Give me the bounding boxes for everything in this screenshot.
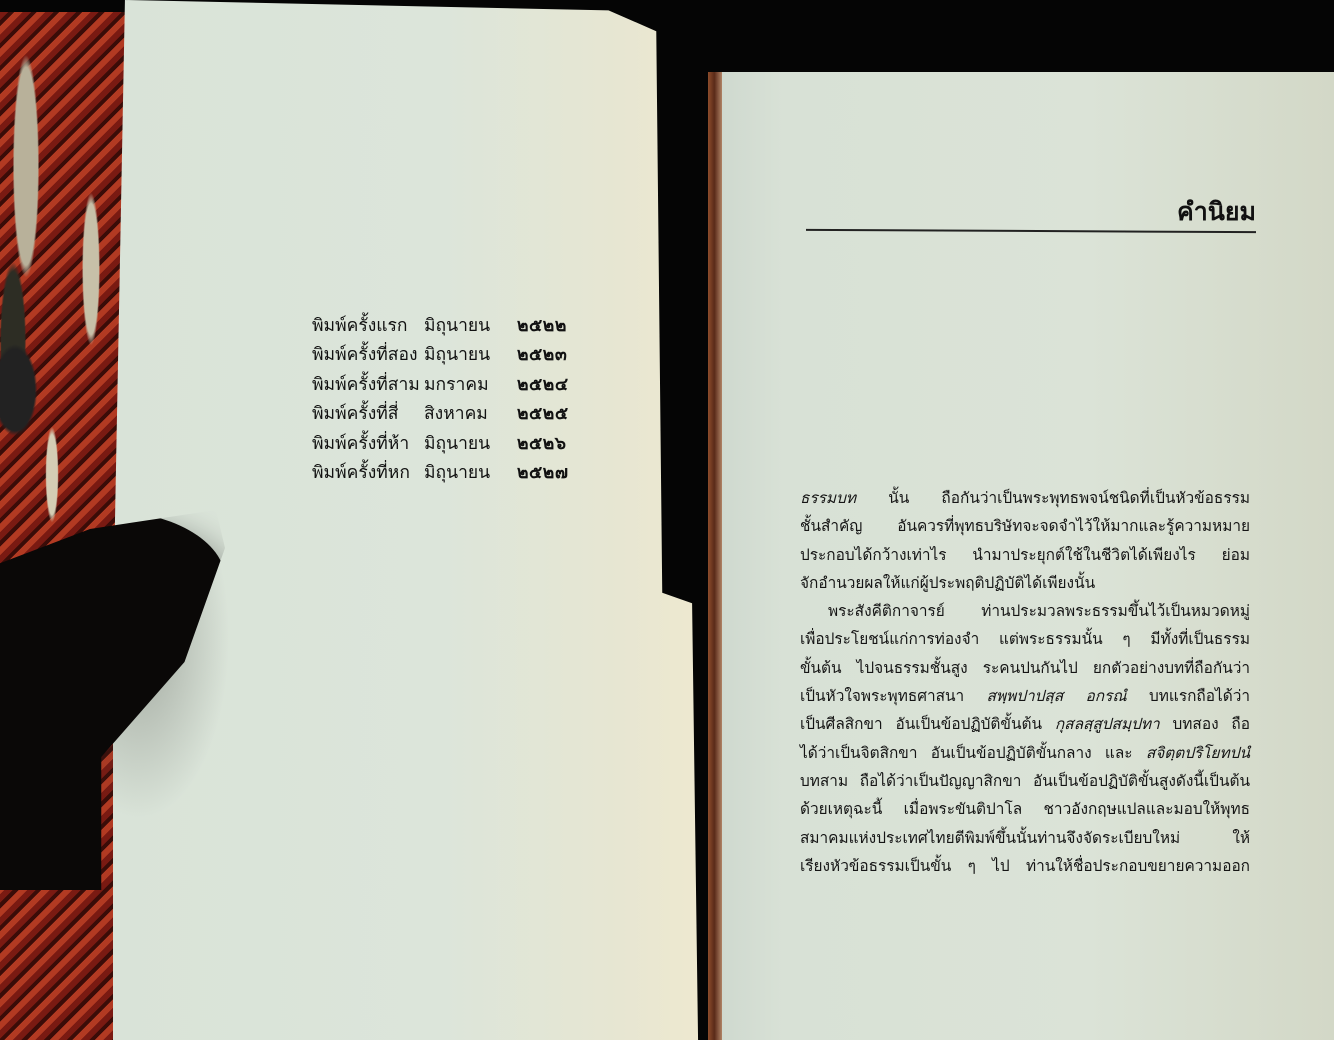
edition-year: ๒๕๒๕ xyxy=(517,399,569,427)
edition-year: ๒๕๒๗ xyxy=(517,458,568,486)
text-line: ประกอบได้กว้างเท่าไร นำมาประยุกต์ใช้ในชี… xyxy=(800,541,1250,569)
pali-term: สพฺพปาปสฺส อกรณํ xyxy=(987,687,1127,705)
pali-term: กุสลสฺสูปสมฺปทา xyxy=(1055,715,1160,733)
text-line: ด้วยเหตุฉะนี้ เมื่อพระขันติปาโล ชาวอังกฤ… xyxy=(800,795,1250,823)
edition-label: พิมพ์ครั้งที่ห้า xyxy=(312,429,424,457)
line-text: บทแรกถือได้ว่า xyxy=(1127,687,1250,705)
edition-month: มกราคม xyxy=(424,370,517,398)
text-line: พระสังคีติกาจารย์ ท่านประมวลพระธรรมขึ้นไ… xyxy=(800,597,1250,625)
edition-month: มิถุนายน xyxy=(424,311,517,339)
edition-label: พิมพ์ครั้งที่สี่ xyxy=(312,399,424,427)
line-text: บทสอง ถือ xyxy=(1160,715,1250,733)
printing-row: พิมพ์ครั้งที่สี่ สิงหาคม ๒๕๒๕ xyxy=(312,399,569,429)
italic-term: ธรรมบท xyxy=(800,489,856,507)
line-text: เป็นหัวใจพระพุทธศาสนา xyxy=(800,687,987,705)
edition-year: ๒๕๒๓ xyxy=(517,340,567,368)
text-line: เป็นศีลสิกขา อันเป็นข้อปฏิบัติขั้นต้น กุ… xyxy=(800,710,1250,738)
edition-label: พิมพ์ครั้งที่หก xyxy=(312,458,424,486)
text-line: ได้ว่าเป็นจิตสิกขา อันเป็นข้อปฏิบัติขั้น… xyxy=(800,739,1250,767)
left-page xyxy=(113,0,710,1040)
mural-figure xyxy=(0,342,50,462)
text-line: สมาคมแห่งประเทศไทยตีพิมพ์ขึ้นนั้นท่านจึง… xyxy=(800,824,1250,852)
edition-year: ๒๕๒๔ xyxy=(517,370,569,398)
printing-row: พิมพ์ครั้งที่ห้า มิถุนายน ๒๕๒๖ xyxy=(312,428,569,458)
line-text: ได้ว่าเป็นจิตสิกขา อันเป็นข้อปฏิบัติขั้น… xyxy=(800,744,1146,762)
printing-row: พิมพ์ครั้งที่สอง มิถุนายน ๒๕๒๓ xyxy=(312,340,569,370)
text-line: บทสาม ถือได้ว่าเป็นปัญญาสิกขา อันเป็นข้อ… xyxy=(800,767,1250,795)
text-line: ขั้นต้น ไปจนธรรมชั้นสูง ระคนปนกันไป ยกตั… xyxy=(800,654,1250,682)
printing-row: พิมพ์ครั้งที่หก มิถุนายน ๒๕๒๗ xyxy=(312,458,569,488)
edition-month: มิถุนายน xyxy=(424,429,517,457)
foreword-body: ธรรมบท นั้น ถือกันว่าเป็นพระพุทธพจน์ชนิด… xyxy=(800,484,1250,880)
edition-label: พิมพ์ครั้งที่สาม xyxy=(312,370,424,398)
line-text: เป็นศีลสิกขา อันเป็นข้อปฏิบัติขั้นต้น xyxy=(800,715,1055,733)
text-line: เพื่อประโยชน์แก่การท่องจำ แต่พระธรรมนั้น… xyxy=(800,625,1250,653)
printing-history: พิมพ์ครั้งแรก มิถุนายน ๒๕๒๒ พิมพ์ครั้งที… xyxy=(312,310,569,487)
edition-label: พิมพ์ครั้งแรก xyxy=(312,311,424,339)
edition-year: ๒๕๒๖ xyxy=(517,429,566,457)
pali-term: สจิตฺตปริโยทปนํ xyxy=(1146,744,1250,762)
edition-month: มิถุนายน xyxy=(424,340,517,368)
text-line: ธรรมบท นั้น ถือกันว่าเป็นพระพุทธพจน์ชนิด… xyxy=(800,484,1250,512)
edition-month: สิงหาคม xyxy=(424,399,517,427)
line-text: นั้น ถือกันว่าเป็นพระพุทธพจน์ชนิดที่เป็น… xyxy=(856,489,1250,507)
text-line: ชั้นสำคัญ อันควรที่พุทธบริษัทจะจดจำไว้ให… xyxy=(800,512,1250,540)
edition-month: มิถุนายน xyxy=(424,458,517,486)
printing-row: พิมพ์ครั้งที่สาม มกราคม ๒๕๒๔ xyxy=(312,369,569,399)
edition-label: พิมพ์ครั้งที่สอง xyxy=(312,340,424,368)
edition-year: ๒๕๒๒ xyxy=(517,311,567,339)
printing-row: พิมพ์ครั้งแรก มิถุนายน ๒๕๒๒ xyxy=(312,310,569,340)
text-line: เรียงหัวข้อธรรมเป็นขั้น ๆ ไป ท่านให้ชื่อ… xyxy=(800,852,1250,880)
section-title: คำนิยม xyxy=(1177,192,1256,232)
text-line: เป็นหัวใจพระพุทธศาสนา สพฺพปาปสฺส อกรณํ บ… xyxy=(800,682,1250,710)
text-line: จักอำนวยผลให้แก่ผู้ประพฤติปฏิบัติได้เพีย… xyxy=(800,569,1250,597)
